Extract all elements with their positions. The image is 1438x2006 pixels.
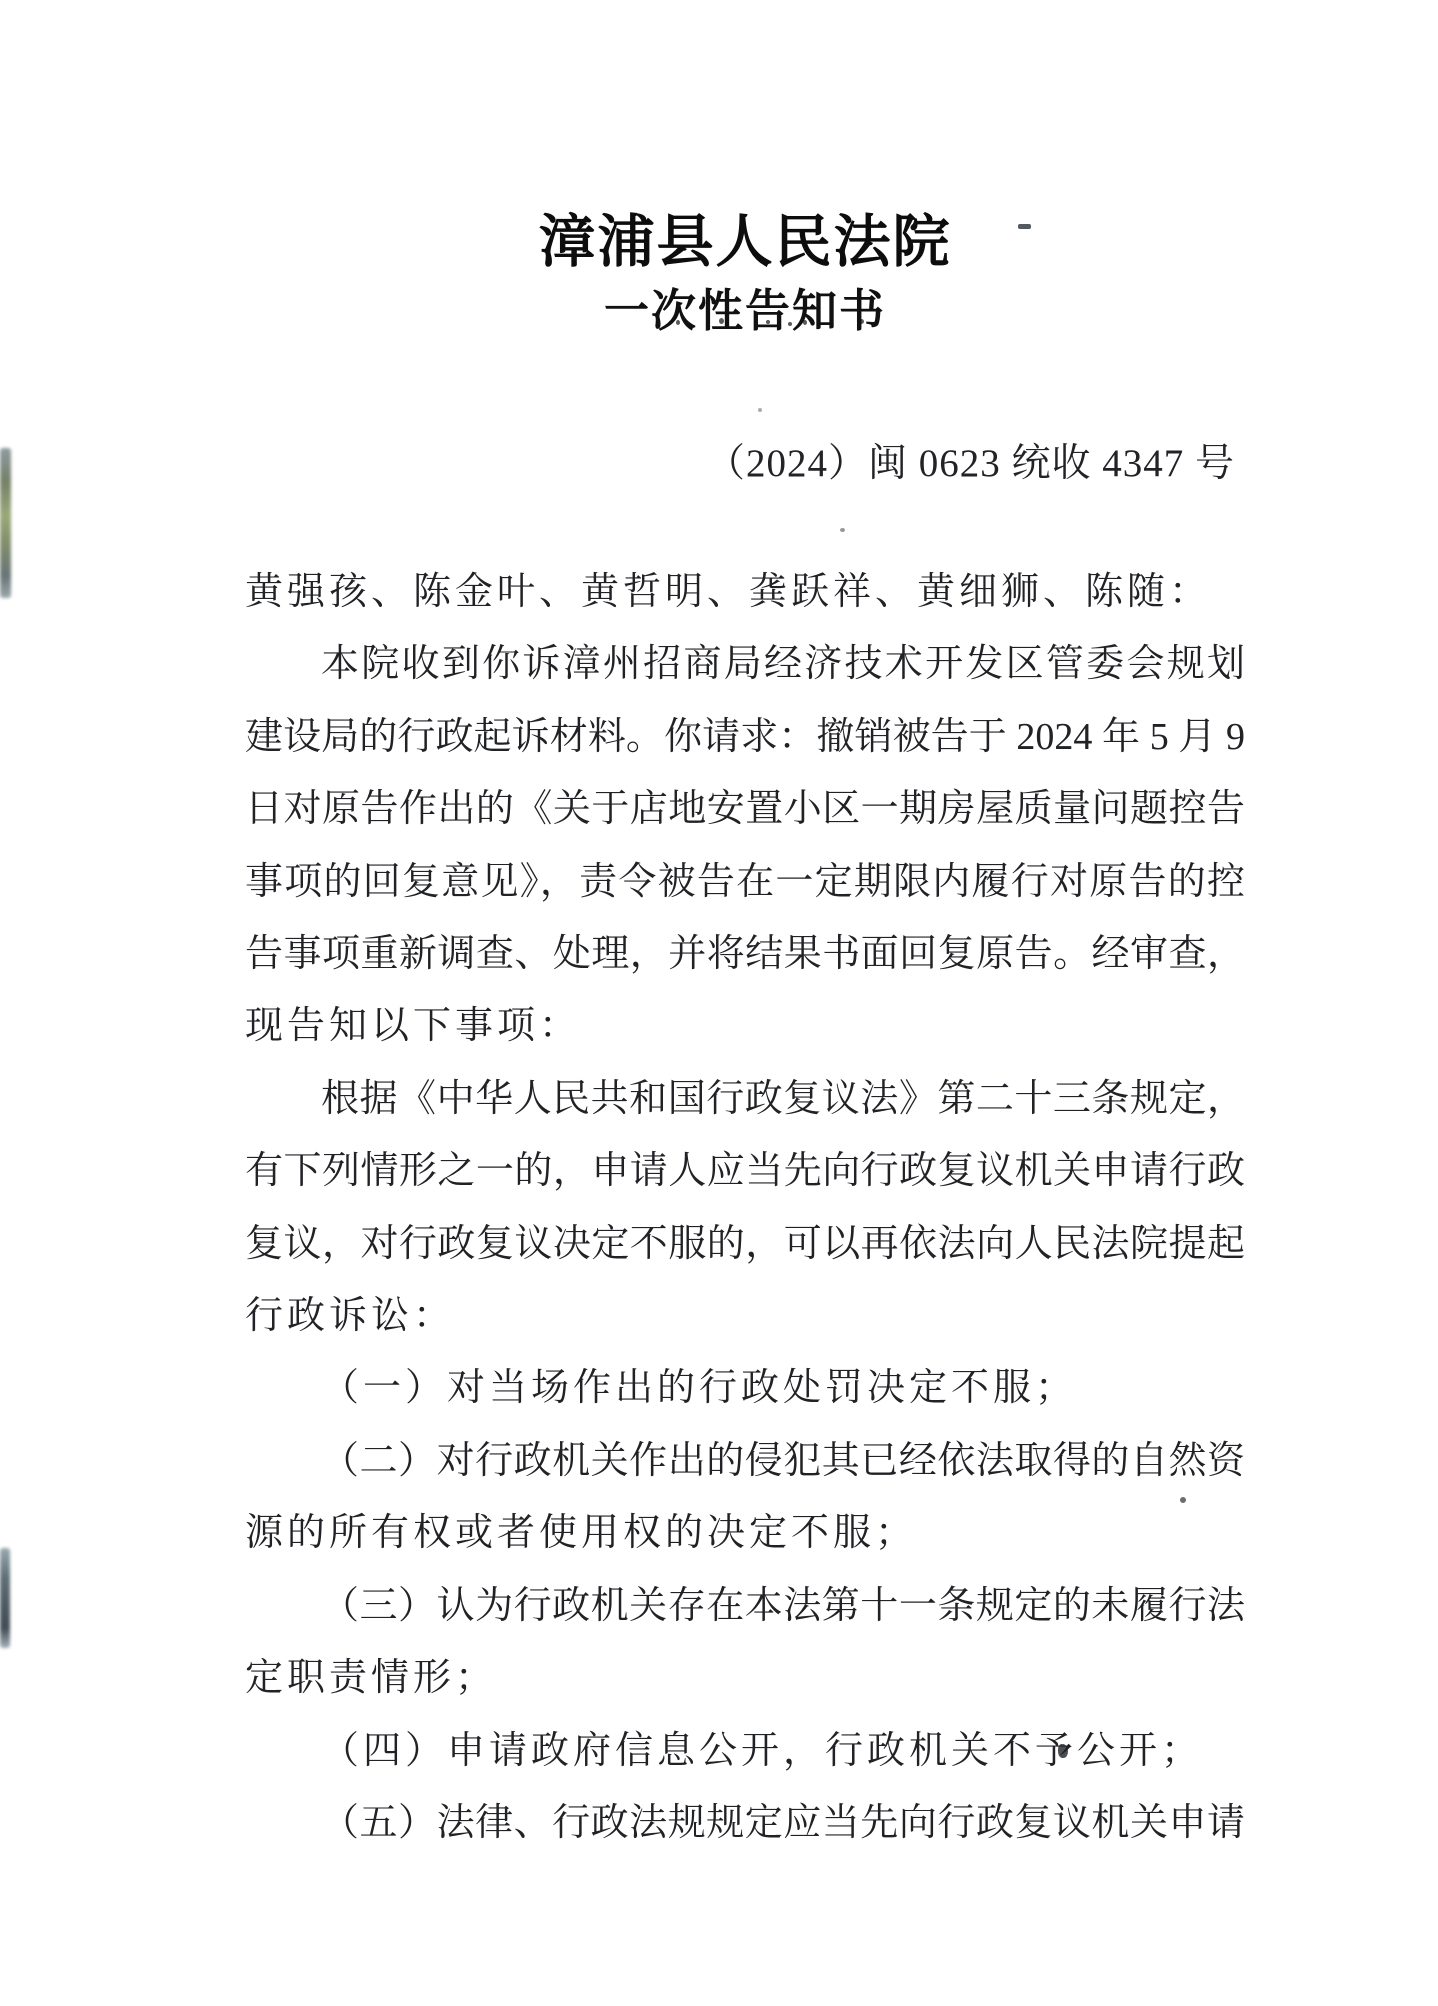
- case-number-row: （2024）闽 0623 统收 4347 号: [245, 432, 1245, 488]
- document-page: 漳浦县人民法院 一次性告知书 （2024）闽 0623 统收 4347 号 黄强…: [0, 0, 1438, 2006]
- document-text-line: 定职责情形；: [245, 1642, 1245, 1714]
- case-number: （2024）闽 0623 统收 4347 号: [706, 442, 1245, 485]
- document-text-line: 行政诉讼：: [245, 1280, 1245, 1352]
- document-text-line: 根据《中华人民共和国行政复议法》第二十三条规定，: [245, 1063, 1245, 1135]
- document-text-line: 本院收到你诉漳州招商局经济技术开发区管委会规划: [245, 628, 1245, 700]
- scan-edge-artifact-top: [0, 448, 11, 598]
- document-text-line: 事项的回复意见》，责令被告在一定期限内履行对原告的控: [245, 846, 1245, 918]
- document-text-line: 日对原告作出的《关于店地安置小区一期房屋质量问题控告: [245, 773, 1245, 845]
- document-body: 黄强孩、陈金叶、黄哲明、龚跃祥、黄细狮、陈随：本院收到你诉漳州招商局经济技术开发…: [245, 556, 1245, 1859]
- document-text-line: （五）法律、行政法规规定应当先向行政复议机关申请: [245, 1787, 1245, 1859]
- document-text-line: （四）申请政府信息公开，行政机关不予公开；: [245, 1715, 1245, 1787]
- scan-speck: [840, 528, 845, 532]
- document-text-line: 源的所有权或者使用权的决定不服；: [245, 1497, 1245, 1569]
- document-text-line: 建设局的行政起诉材料。你请求：撤销被告于 2024 年 5 月 9: [245, 701, 1245, 773]
- court-name-title: 漳浦县人民法院: [245, 196, 1245, 278]
- scan-edge-artifact-bottom: [0, 1548, 10, 1648]
- document-text-line: （二）对行政机关作出的侵犯其已经依法取得的自然资: [245, 1425, 1245, 1497]
- document-text-line: 黄强孩、陈金叶、黄哲明、龚跃祥、黄细狮、陈随：: [245, 556, 1245, 628]
- document-text-line: 现告知以下事项：: [245, 990, 1245, 1062]
- document-text-line: 有下列情形之一的，申请人应当先向行政复议机关申请行政: [245, 1135, 1245, 1207]
- document-type-subtitle: 一次性告知书: [245, 274, 1245, 339]
- document-text-line: 告事项重新调查、处理，并将结果书面回复原告。经审查，: [245, 918, 1245, 990]
- document-text-line: （一）对当场作出的行政处罚决定不服；: [245, 1352, 1245, 1424]
- scan-speck: [758, 408, 762, 412]
- document-text-line: 复议，对行政复议决定不服的，可以再依法向人民法院提起: [245, 1208, 1245, 1280]
- document-text-line: （三）认为行政机关存在本法第十一条规定的未履行法: [245, 1570, 1245, 1642]
